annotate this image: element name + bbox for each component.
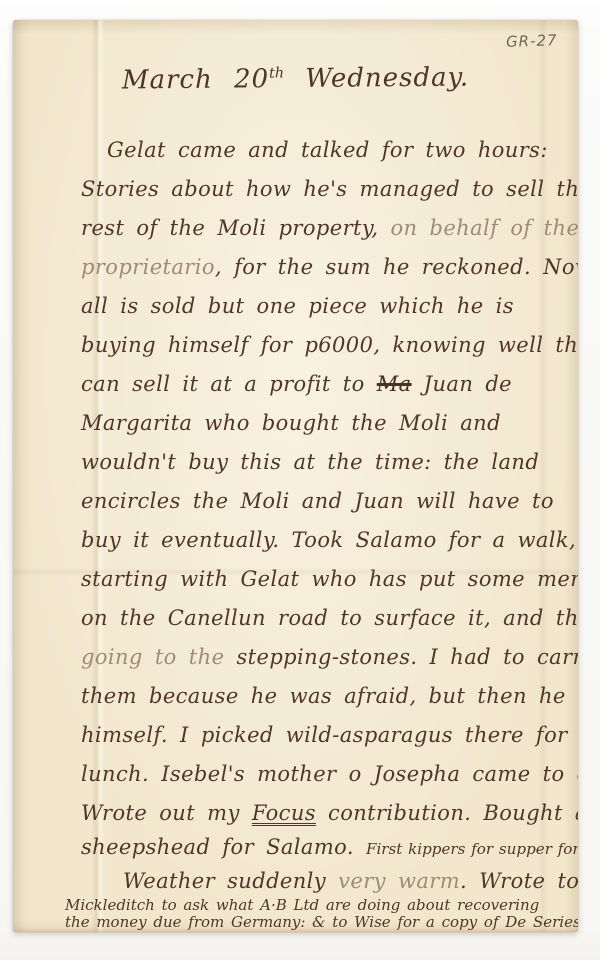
text-segment: Mickleditch to ask what A·B Ltd are doin… — [65, 896, 539, 914]
manuscript-line: them because he was afraid, but then he … — [81, 684, 562, 723]
text-segment: Wednesday. — [284, 62, 469, 94]
text-segment: lunch. Isebel's mother o Josepha came to… — [81, 762, 578, 786]
text-segment: sheepshead for Salamo. — [81, 835, 366, 859]
manuscript-line: Margarita who bought the Moli and — [81, 411, 562, 450]
struck-out-word: Ma — [377, 372, 412, 396]
text-segment: proprietario — [81, 255, 215, 279]
manuscript-line: the money due from Germany: & to Wise fo… — [65, 913, 562, 930]
diary-page: GR-27 March 20th Wednesday. Gelat came a… — [13, 20, 578, 932]
manuscript-line: buying himself for p6000, knowing well t… — [81, 333, 562, 372]
manuscript-line: himself. I picked wild-asparagus there f… — [81, 723, 562, 762]
text-segment: , for the sum he reckoned. Now — [215, 255, 578, 279]
underlined-word: Focus — [252, 801, 316, 825]
entry-date-title: March 20th Wednesday. — [13, 62, 578, 97]
manuscript-line: going to the stepping-stones. I had to c… — [81, 645, 562, 684]
text-segment: Weather suddenly — [123, 869, 338, 893]
manuscript-line: proprietario, for the sum he reckoned. N… — [81, 255, 562, 294]
text-segment: Gelat came and talked for two hours: — [107, 138, 548, 162]
manuscript-line: encircles the Moli and Juan will have to — [81, 489, 562, 528]
manuscript-line: rest of the Moli property, on behalf of … — [81, 216, 562, 255]
text-segment: Stories about how he's managed to sell t… — [81, 177, 578, 201]
text-segment: on the Canellun road to surface it, and … — [81, 606, 578, 630]
text-segment: encircles the Moli and Juan will have to — [81, 489, 554, 513]
scan-background: GR-27 March 20th Wednesday. Gelat came a… — [0, 0, 600, 960]
text-segment: buy it eventually. Took Salamo for a wal… — [81, 528, 576, 552]
text-segment: can sell it at a profit to — [81, 372, 377, 396]
text-segment: First kippers for supper for three years — [366, 840, 578, 858]
manuscript-line: Gelat came and talked for two hours: — [81, 138, 562, 177]
text-segment: contribution. Bought a — [316, 801, 578, 825]
text-segment: Wrote out my — [81, 801, 252, 825]
manuscript-line: Stories about how he's managed to sell t… — [81, 177, 562, 216]
manuscript-line: Wrote out my Focus contribution. Bought … — [81, 801, 562, 835]
manuscript-line: on the Canellun road to surface it, and … — [81, 606, 562, 645]
text-segment: on behalf of the — [390, 216, 578, 240]
manuscript-line: lunch. Isebel's mother o Josepha came to… — [81, 762, 562, 801]
entry-body: Gelat came and talked for two hours:Stor… — [81, 138, 562, 930]
text-segment: th — [269, 65, 284, 81]
text-segment: starting with Gelat who has put some men — [81, 567, 578, 591]
manuscript-line: can sell it at a profit to Ma Juan de — [81, 372, 562, 411]
text-segment: all is sold but one piece which he is — [81, 294, 514, 318]
manuscript-line: wouldn't buy this at the time: the land — [81, 450, 562, 489]
text-segment: going to the — [81, 645, 236, 669]
text-segment: Juan de — [412, 372, 512, 396]
text-segment: wouldn't buy this at the time: the land — [81, 450, 539, 474]
text-segment: March 20 — [122, 64, 269, 95]
manuscript-line: Mickleditch to ask what A·B Ltd are doin… — [65, 896, 562, 913]
text-segment: himself. I picked wild-asparagus there f… — [81, 723, 578, 747]
manuscript-line: buy it eventually. Took Salamo for a wal… — [81, 528, 562, 567]
text-segment: very warm — [338, 869, 460, 893]
text-segment: stepping-stones. I had to carry S. over — [236, 645, 578, 669]
manuscript-line: all is sold but one piece which he is — [81, 294, 562, 333]
manuscript-line: Weather suddenly very warm. Wrote to Mis… — [81, 869, 562, 896]
archive-annotation: GR-27 — [506, 31, 558, 51]
text-segment: the money due from Germany: & to Wise fo… — [65, 913, 578, 931]
manuscript-line: sheepshead for Salamo. First kippers for… — [81, 835, 562, 869]
text-segment: rest of the Moli property, — [81, 216, 390, 240]
text-segment: Margarita who bought the Moli and — [81, 411, 501, 435]
text-segment: them because he was afraid, but then he … — [81, 684, 578, 708]
text-segment: buying himself for p6000, knowing well t… — [81, 333, 578, 357]
text-segment: . Wrote to Miss — [460, 869, 578, 893]
manuscript-line: starting with Gelat who has put some men — [81, 567, 562, 606]
